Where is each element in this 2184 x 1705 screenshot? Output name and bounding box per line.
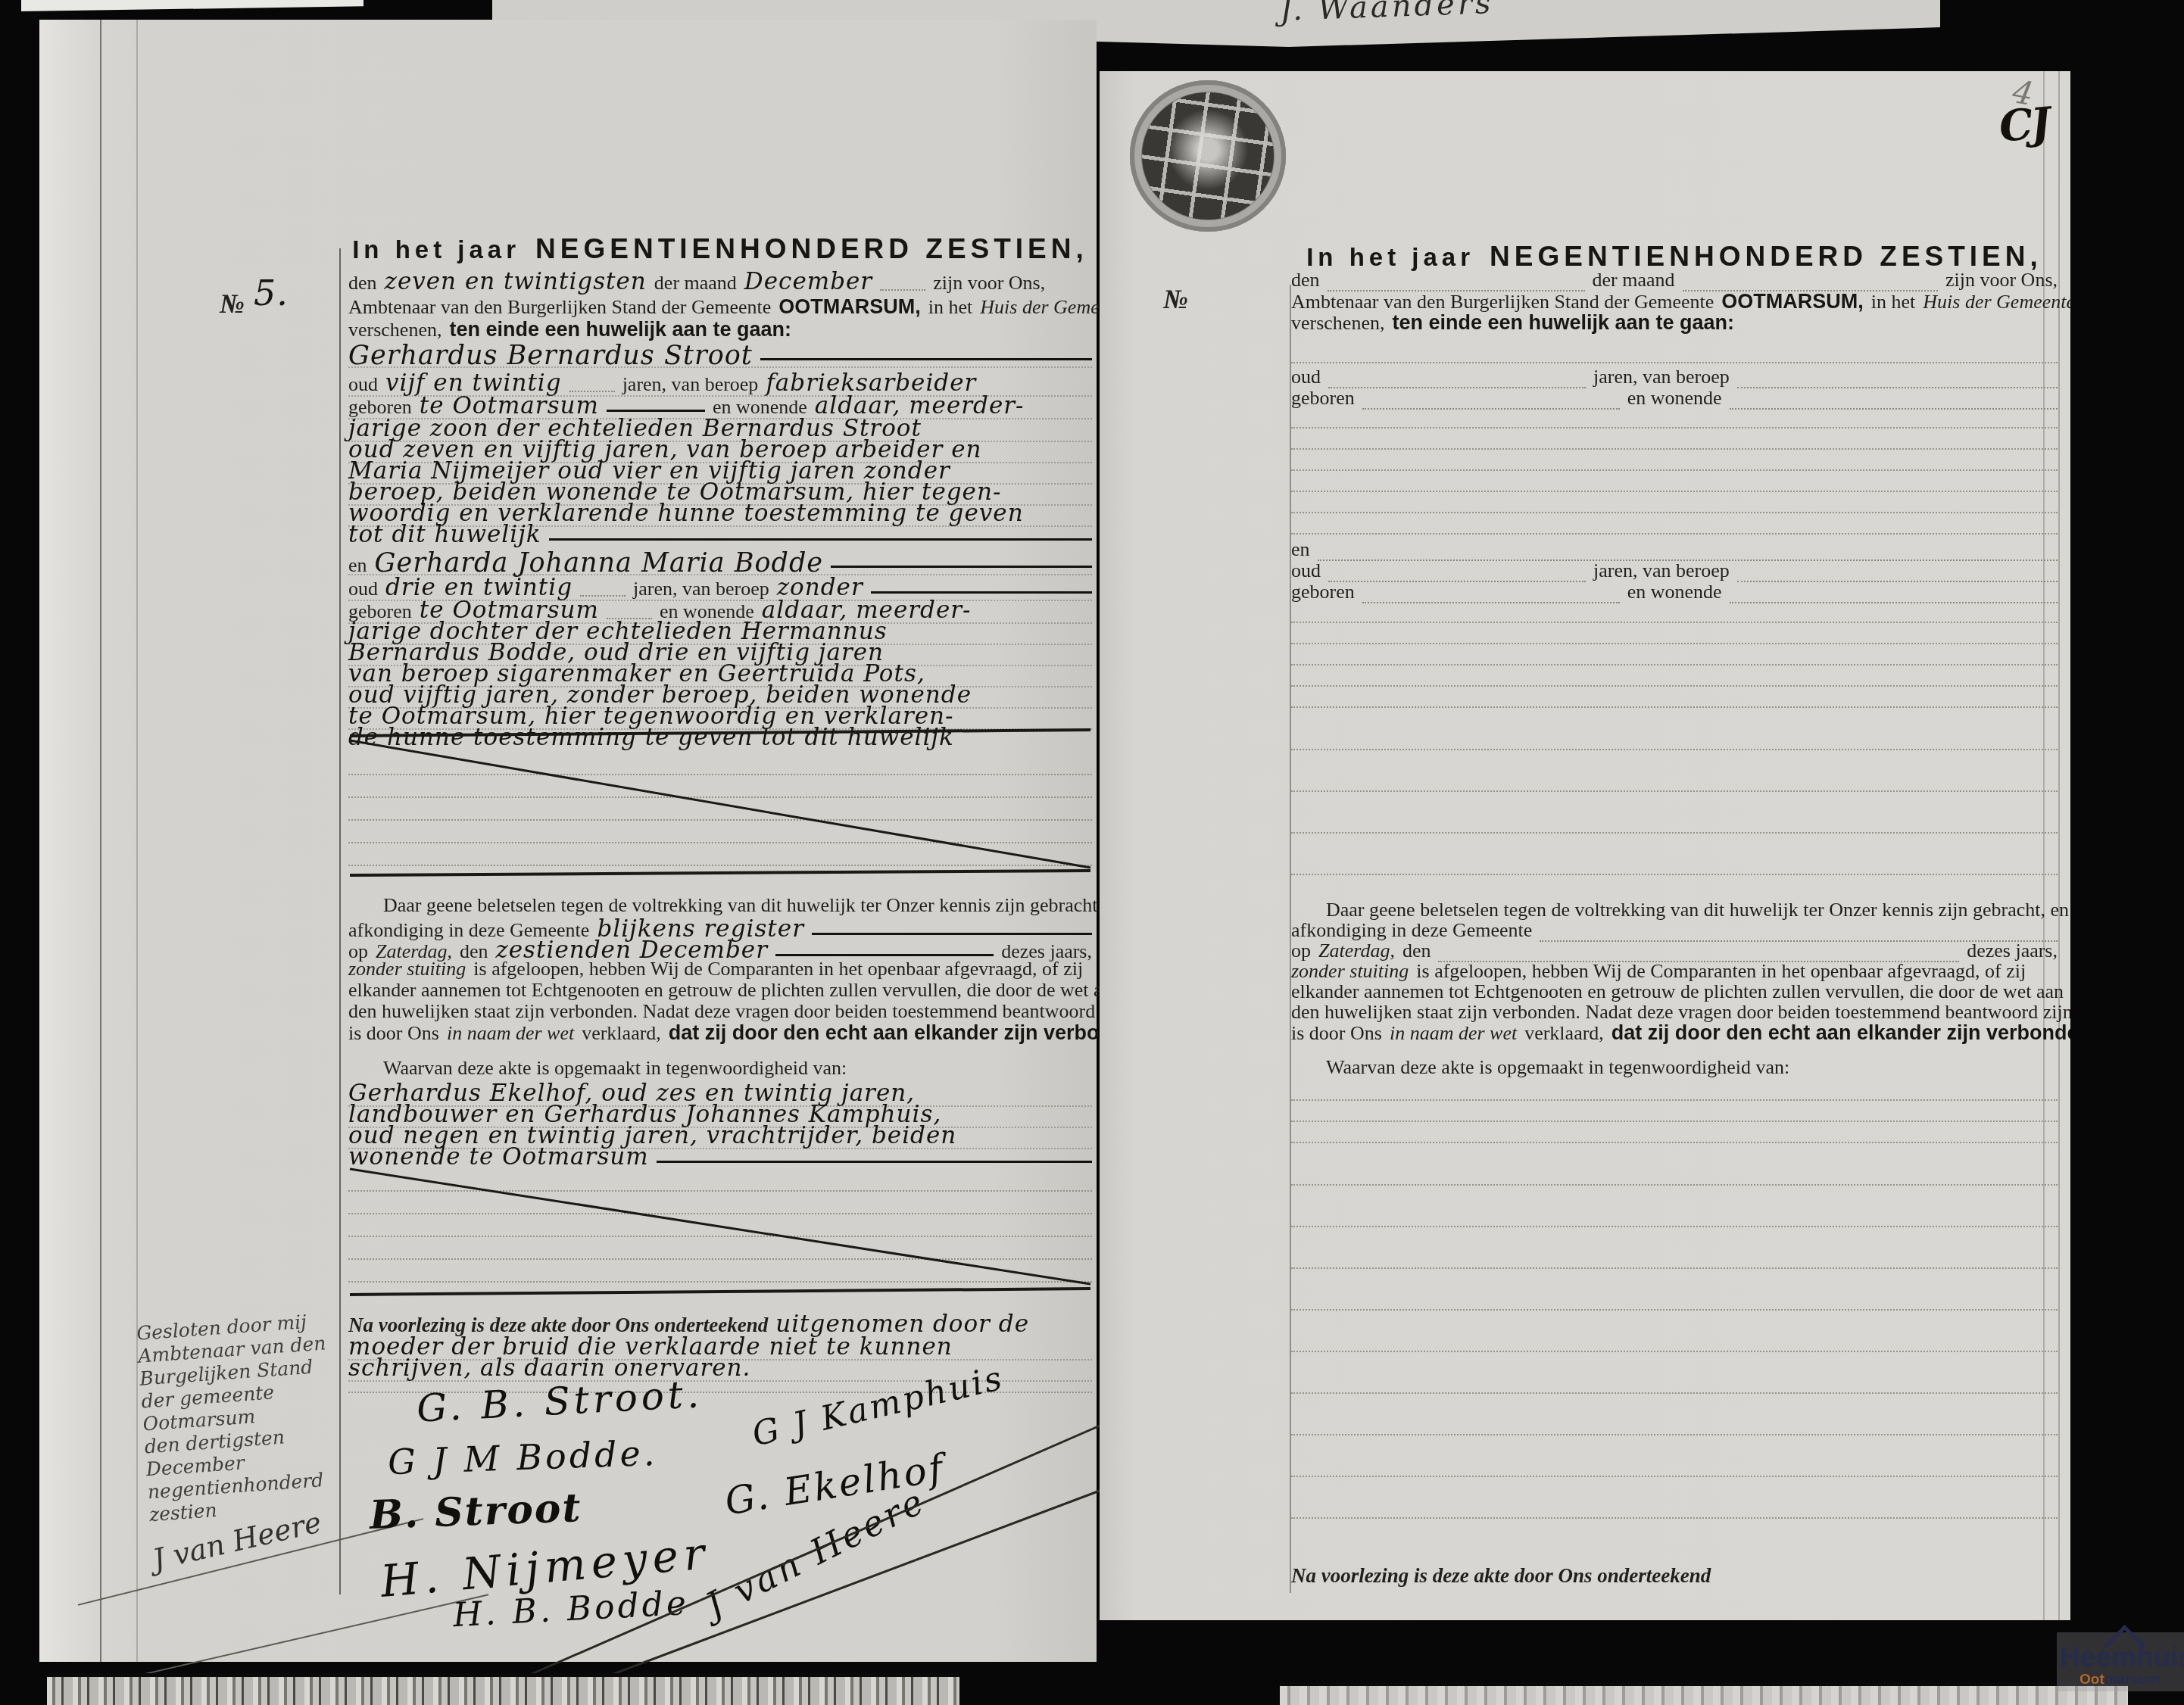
strike-through	[348, 727, 1092, 878]
watermark-title: Heemhuis	[2060, 1641, 2184, 1673]
page-crease	[100, 20, 101, 1662]
appeared-line: verschenen, ten einde een huwelijk aan t…	[1291, 311, 2058, 337]
witnesses-intro: Waarvan deze akte is opgemaakt in tegenw…	[348, 1057, 1092, 1083]
watermark-subtitle: Ootmarsum	[2079, 1672, 2161, 1688]
month-handwritten: December	[744, 268, 872, 295]
right-form: In het jaar NEGENTIENHONDERD ZESTIEN, de…	[1291, 71, 2058, 1620]
strike-through	[348, 1161, 1092, 1299]
born-line-blank: geboren en wonende	[1291, 581, 2058, 606]
groom-name: Gerhardus Bernardus Stroot	[348, 341, 753, 371]
pen-flourish	[357, 1382, 1107, 1678]
form-header: In het jaar NEGENTIENHONDERD ZESTIEN,	[1291, 241, 2058, 267]
groom-name-line: Gerhardus Bernardus Stroot	[348, 341, 1092, 368]
appeared-line: verschenen, ten einde een huwelijk aan t…	[348, 318, 1092, 344]
margin-closing-note: Gesloten door mij Ambtenaar van den Burg…	[136, 1307, 379, 1562]
born-line-blank: geboren en wonende	[1291, 387, 2058, 413]
header-year: NEGENTIENHONDERD ZESTIEN,	[535, 233, 1088, 265]
page-crease	[136, 20, 138, 1662]
header-intro: In het jaar	[352, 235, 520, 264]
previous-page-signature: J. Waanders	[1279, 0, 1494, 28]
no-label: №	[220, 288, 245, 319]
bride-name-line: en Gerharda Johanna Maria Bodde	[348, 548, 1092, 575]
heemhuis-watermark: Heemhuis Ootmarsum	[2057, 1632, 2184, 1691]
no-value: 5.	[254, 273, 289, 313]
form-header: In het jaar NEGENTIENHONDERD ZESTIEN,	[348, 233, 1092, 259]
revenue-seal-stamp	[1130, 80, 1286, 232]
right-page: 4 CJ № In het jaar NEGENTIENHONDERD ZEST…	[1100, 71, 2070, 1620]
page-edge-sliver-topleft	[21, 0, 363, 11]
book-edge-texture	[47, 1673, 959, 1705]
seal-cancellation-grid	[1142, 92, 1274, 220]
no-label: №	[1163, 284, 1188, 314]
day-handwritten: zeven en twintigsten	[385, 268, 647, 295]
verbonden-line: is door Ons in naam der wet verklaard, d…	[348, 1021, 1092, 1047]
left-page: № 5. Gesloten door mij Ambtenaar van den…	[39, 20, 1097, 1662]
act-number-blank: №	[1163, 283, 1188, 315]
verbonden-line: is door Ons in naam der wet verklaard, d…	[1291, 1021, 2058, 1047]
closing-line-blank: Na voorlezing is deze akte door Ons onde…	[1291, 1564, 2058, 1590]
act-number: № 5.	[220, 280, 282, 321]
date-line: den zeven en twintigsten der maand Decem…	[348, 268, 1092, 294]
witnesses-intro: Waarvan deze akte is opgemaakt in tegenw…	[1291, 1056, 2058, 1082]
groom-text-line: tot dit huwelijk	[348, 521, 1092, 547]
registrar-line: Ambtenaar van den Burgerlijken Stand der…	[348, 295, 1092, 321]
scanned-register-spread: J. Waanders № 5. Gesloten door mij Ambte…	[0, 0, 2184, 1705]
book-edge-texture	[1280, 1682, 2128, 1705]
closing-line: Na voorlezing is deze akte door Ons onde…	[348, 1311, 1092, 1336]
